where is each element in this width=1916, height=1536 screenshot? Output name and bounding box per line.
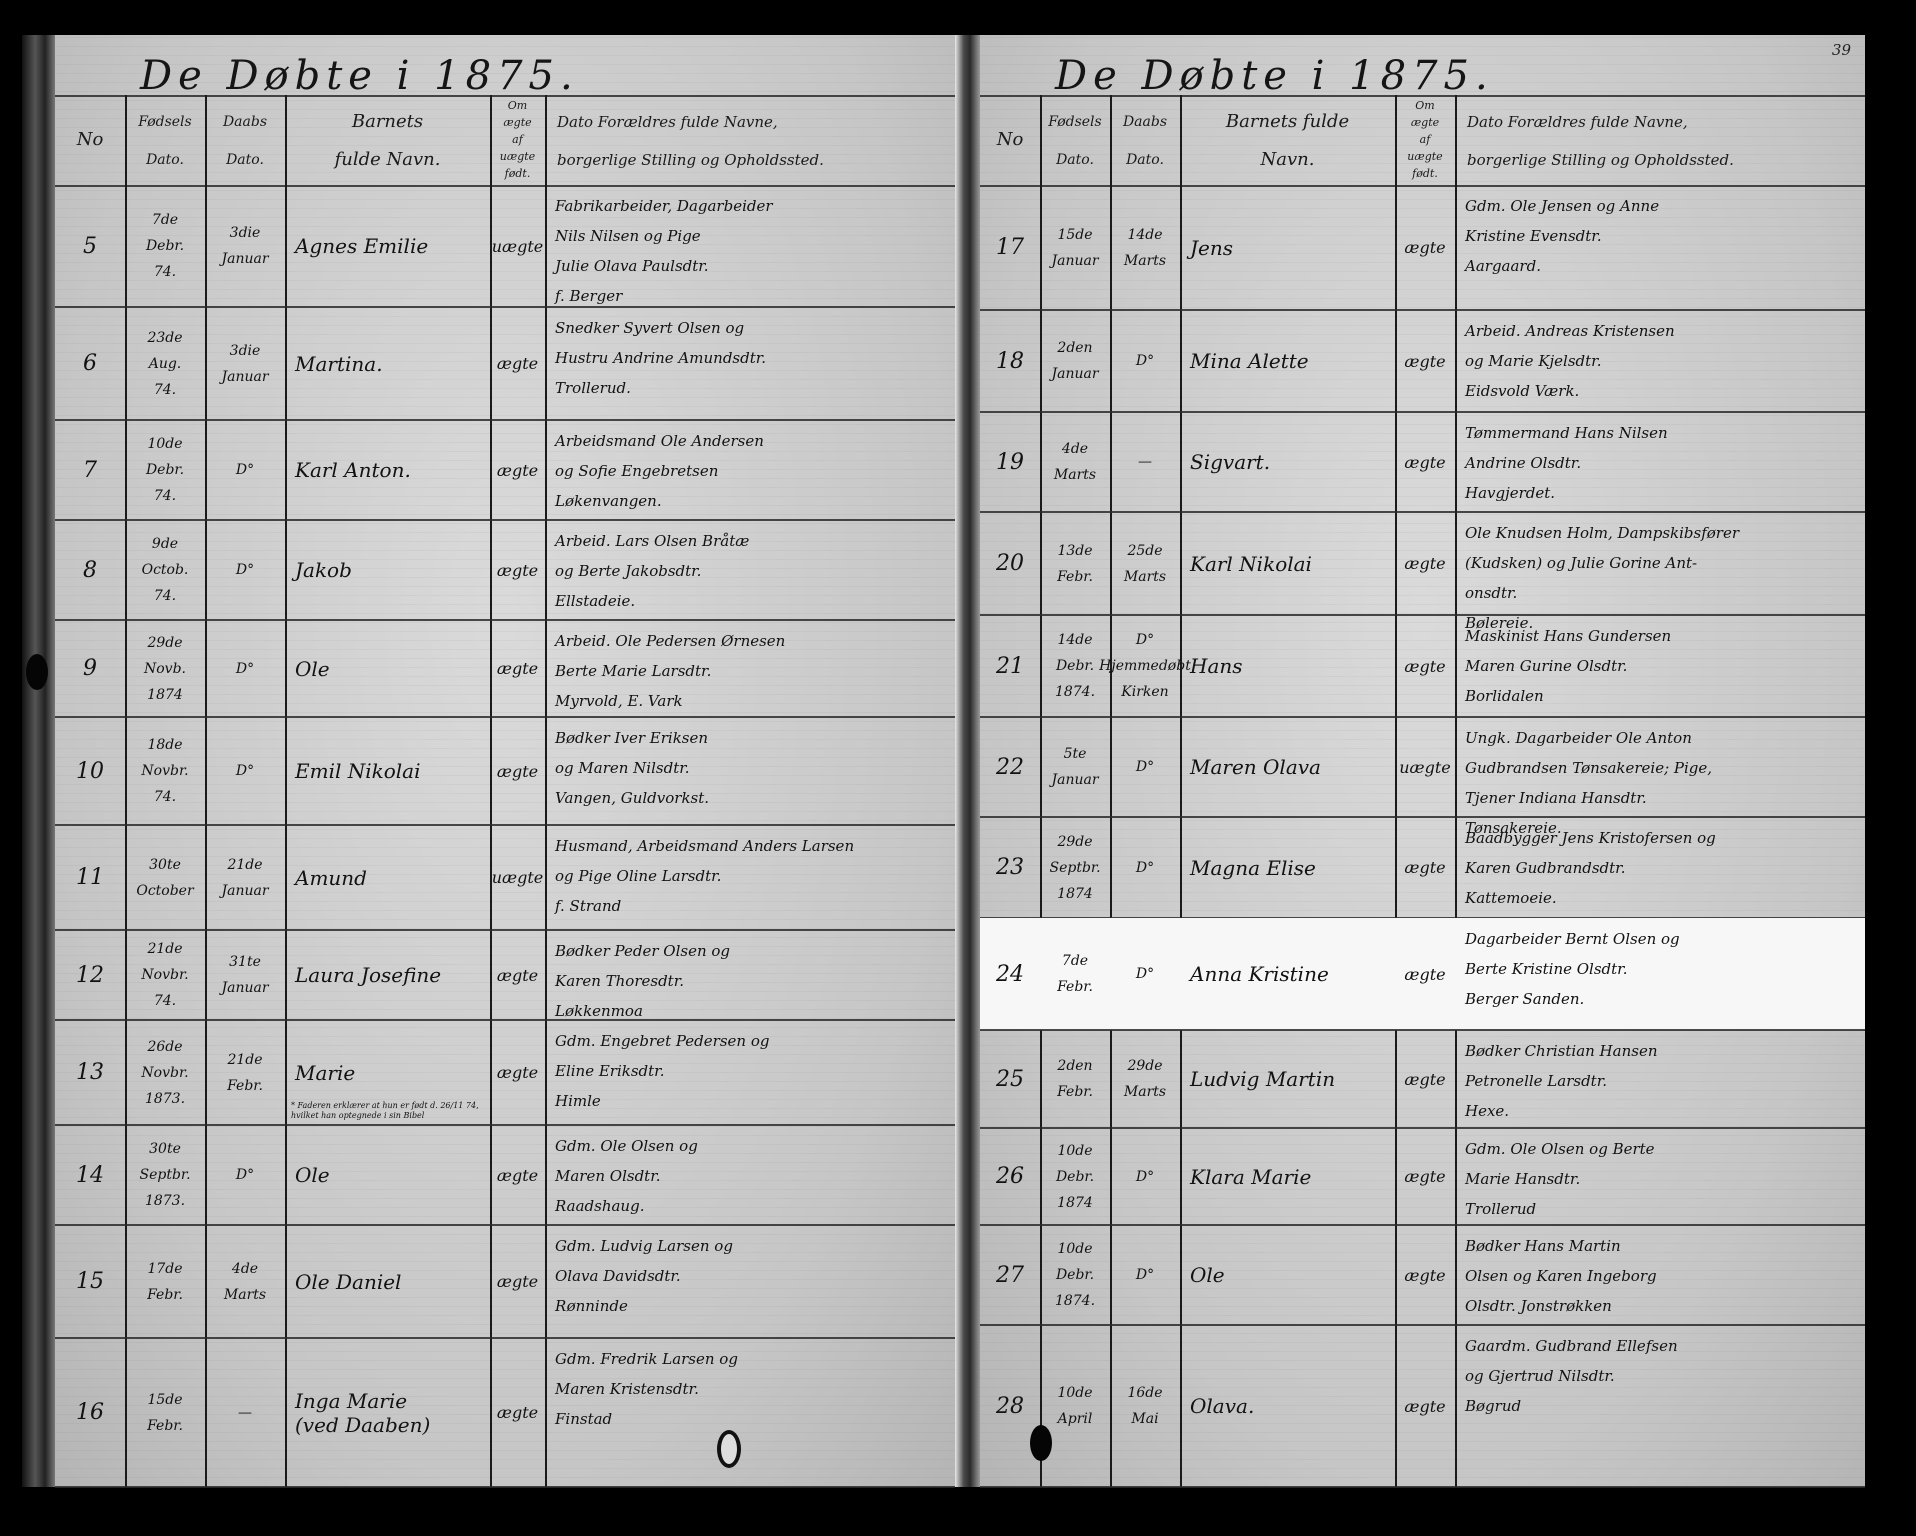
entry-number: 17: [980, 185, 1040, 310]
register-entry[interactable]: 2013de Febr.25de MartsKarl NikolaiægteOl…: [980, 512, 1865, 615]
baptism-date: D°: [1110, 918, 1180, 1030]
child-name: Sigvart.: [1182, 412, 1403, 512]
birth-date: 5te Januar: [1040, 717, 1110, 817]
register-entry[interactable]: 2114de Debr. 1874.D° Hjemmedøbt KirkenHa…: [980, 615, 1865, 717]
birth-date: 7de Debr. 74.: [125, 185, 205, 307]
row-divider: [55, 1486, 955, 1488]
parents-names: Tømmermand Hans Nilsen Andrine Olsdtr. H…: [1457, 412, 1870, 512]
binding-hole-ring: [717, 1430, 741, 1468]
entry-number: 13: [55, 1020, 125, 1125]
baptism-date: 21de Febr.: [205, 1020, 285, 1125]
parents-names: Ole Knudsen Holm, Dampskibsfører (Kudske…: [1457, 512, 1870, 615]
parents-names: Gdm. Ole Olsen og Maren Olsdtr. Raadshau…: [547, 1125, 960, 1225]
baptism-date: 14de Marts: [1110, 185, 1180, 310]
parents-names: Gdm. Engebret Pedersen og Eline Eriksdtr…: [547, 1020, 960, 1125]
register-entry[interactable]: 182den JanuarD°Mina AletteægteArbeid. An…: [980, 310, 1865, 412]
entry-number: 16: [55, 1338, 125, 1487]
child-name: Klara Marie: [1182, 1128, 1403, 1225]
birth-date: 9de Octob. 74.: [125, 520, 205, 620]
entry-number: 23: [980, 817, 1040, 918]
register-entry[interactable]: 2610de Debr. 1874D°Klara MarieægteGdm. O…: [980, 1128, 1865, 1225]
legitimacy-status: ægte: [1395, 512, 1455, 615]
child-name: Maren Olava: [1182, 717, 1403, 817]
legitimacy-status: uægte: [1395, 717, 1455, 817]
register-entry[interactable]: 623de Aug. 74.3die JanuarMartina.ægteSne…: [55, 307, 955, 420]
register-entry[interactable]: 89de Octob. 74.D°JakobægteArbeid. Lars O…: [55, 520, 955, 620]
parents-names: Bødker Christian Hansen Petronelle Larsd…: [1457, 1030, 1870, 1128]
legitimacy-status: ægte: [490, 1225, 545, 1338]
baptism-date: 31te Januar: [205, 930, 285, 1020]
entry-number: 18: [980, 310, 1040, 412]
register-entry[interactable]: 225te JanuarD°Maren OlavauægteUngk. Daga…: [980, 717, 1865, 817]
entry-number: 27: [980, 1225, 1040, 1325]
header-no: No: [55, 130, 125, 150]
baptism-date: D°: [1110, 717, 1180, 817]
legitimacy-status: ægte: [490, 1125, 545, 1225]
entry-number: 10: [55, 717, 125, 825]
page-number: 39: [1832, 41, 1851, 59]
birth-date: 21de Novbr. 74.: [125, 930, 205, 1020]
footnote: * Faderen erklærer at hun er født d. 26/…: [291, 1101, 486, 1121]
child-name: Amund: [287, 825, 498, 930]
header-no: No: [980, 130, 1040, 150]
register-entry[interactable]: 57de Debr. 74.3die JanuarAgnes Emilieuæg…: [55, 185, 955, 307]
book-cover-edge: [22, 35, 55, 1487]
entry-number: 12: [55, 930, 125, 1020]
parents-names: Arbeidsmand Ole Andersen og Sofie Engebr…: [547, 420, 960, 520]
birth-date: 15de Januar: [1040, 185, 1110, 310]
register-entry[interactable]: 1430te Septbr. 1873.D°OleægteGdm. Ole Ol…: [55, 1125, 955, 1225]
legitimacy-status: ægte: [1395, 615, 1455, 717]
parents-names: Maskinist Hans Gundersen Maren Gurine Ol…: [1457, 615, 1870, 717]
birth-date: 13de Febr.: [1040, 512, 1110, 615]
baptism-date: 21de Januar: [205, 825, 285, 930]
entry-number: 9: [55, 620, 125, 717]
parents-names: Gaardm. Gudbrand Ellefsen og Gjertrud Ni…: [1457, 1325, 1870, 1487]
birth-date: 10de Debr. 74.: [125, 420, 205, 520]
legitimacy-status: ægte: [490, 307, 545, 420]
child-name: Ole: [287, 1125, 498, 1225]
entry-number: 26: [980, 1128, 1040, 1225]
header-baptism-date: Daabs Dato.: [205, 103, 285, 179]
baptism-date: D°: [205, 1125, 285, 1225]
child-name: Agnes Emilie: [287, 185, 498, 307]
register-entry[interactable]: 1130te October21de JanuarAmunduægteHusma…: [55, 825, 955, 930]
parents-names: Gdm. Ludvig Larsen og Olava Davidsdtr. R…: [547, 1225, 960, 1338]
entry-number: 24: [980, 918, 1040, 1030]
baptism-date: D°: [1110, 1128, 1180, 1225]
baptism-date: 29de Marts: [1110, 1030, 1180, 1128]
entry-number: 22: [980, 717, 1040, 817]
child-name: Hans: [1182, 615, 1403, 717]
birth-date: 17de Febr.: [125, 1225, 205, 1338]
baptism-date: D°: [1110, 1225, 1180, 1325]
baptism-date: D°: [205, 620, 285, 717]
register-entry[interactable]: 929de Novb. 1874D°OleægteArbeid. Ole Ped…: [55, 620, 955, 717]
legitimacy-status: ægte: [1395, 918, 1455, 1030]
baptism-date: D°: [205, 420, 285, 520]
register-entry[interactable]: 1221de Novbr. 74.31te JanuarLaura Josefi…: [55, 930, 955, 1020]
child-name: Olava.: [1182, 1325, 1403, 1487]
birth-date: 30te Septbr. 1873.: [125, 1125, 205, 1225]
legitimacy-status: ægte: [490, 1338, 545, 1487]
birth-date: 2den Januar: [1040, 310, 1110, 412]
child-name: Ludvig Martin: [1182, 1030, 1403, 1128]
legitimacy-status: uægte: [490, 825, 545, 930]
parents-names: Arbeid. Ole Pedersen Ørnesen Berte Marie…: [547, 620, 960, 717]
header-birth-date: Fødsels Dato.: [125, 103, 205, 179]
binding-hole: [26, 654, 48, 690]
header-child-name: Barnets fulde Navn.: [1180, 103, 1395, 179]
parents-names: Husmand, Arbeidsmand Anders Larsen og Pi…: [547, 825, 960, 930]
parents-names: Gdm. Ole Jensen og Anne Kristine Evensdt…: [1457, 185, 1870, 310]
parents-names: Bødker Peder Olsen og Karen Thoresdtr. L…: [547, 930, 960, 1020]
parents-names: Bødker Hans Martin Olsen og Karen Ingebo…: [1457, 1225, 1870, 1325]
baptism-date: D°: [205, 717, 285, 825]
page-title: De Døbte i 1875.: [1055, 53, 1494, 99]
register-entry[interactable]: 1615de Febr.—Inga Marie (ved Daaben)ægte…: [55, 1338, 955, 1487]
entry-number: 8: [55, 520, 125, 620]
child-name: Ole Daniel: [287, 1225, 498, 1338]
legitimacy-status: ægte: [1395, 1030, 1455, 1128]
child-name: Laura Josefine: [287, 930, 498, 1020]
legitimacy-status: ægte: [1395, 412, 1455, 512]
register-entry[interactable]: 2710de Debr. 1874.D°OleægteBødker Hans M…: [980, 1225, 1865, 1325]
legitimacy-status: ægte: [1395, 1128, 1455, 1225]
entry-number: 25: [980, 1030, 1040, 1128]
birth-date: 10de Debr. 1874.: [1040, 1225, 1110, 1325]
parents-names: Dagarbeider Bernt Olsen og Berte Kristin…: [1457, 918, 1870, 1030]
entry-number: 28: [980, 1325, 1040, 1487]
legitimacy-status: uægte: [490, 185, 545, 307]
legitimacy-status: ægte: [490, 930, 545, 1020]
entry-number: 5: [55, 185, 125, 307]
baptism-date: 3die Januar: [205, 307, 285, 420]
legitimacy-status: ægte: [490, 717, 545, 825]
register-entry[interactable]: 1018de Novbr. 74.D°Emil NikolaiægteBødke…: [55, 717, 955, 825]
entry-number: 14: [55, 1125, 125, 1225]
register-entry[interactable]: 710de Debr. 74.D°Karl Anton.ægteArbeidsm…: [55, 420, 955, 520]
header-baptism-date: Daabs Dato.: [1110, 103, 1180, 179]
birth-date: 29de Septbr. 1874: [1040, 817, 1110, 918]
header-child-name: Barnets fulde Navn.: [285, 103, 490, 179]
baptism-date: D°: [1110, 310, 1180, 412]
birth-date: 10de April: [1040, 1325, 1110, 1487]
birth-date: 15de Febr.: [125, 1338, 205, 1487]
child-name: Karl Anton.: [287, 420, 498, 520]
child-name: Karl Nikolai: [1182, 512, 1403, 615]
child-name: Emil Nikolai: [287, 717, 498, 825]
birth-date: 10de Debr. 1874: [1040, 1128, 1110, 1225]
left-register-page: De Døbte i 1875. No Fødsels Dato. Daabs …: [55, 35, 955, 1487]
child-name: Martina.: [287, 307, 498, 420]
birth-date: 29de Novb. 1874: [125, 620, 205, 717]
parents-names: Snedker Syvert Olsen og Hustru Andrine A…: [547, 307, 960, 420]
register-entry[interactable]: 2810de April16de MaiOlava.ægteGaardm. Gu…: [980, 1325, 1865, 1487]
birth-date: 30te October: [125, 825, 205, 930]
child-name: Ole: [1182, 1225, 1403, 1325]
entry-number: 6: [55, 307, 125, 420]
baptism-date: D°: [1110, 817, 1180, 918]
parents-names: Gdm. Ole Olsen og Berte Marie Hansdtr. T…: [1457, 1128, 1870, 1225]
header-birth-date: Fødsels Dato.: [1040, 103, 1110, 179]
parents-names: Gdm. Fredrik Larsen og Maren Kristensdtr…: [547, 1338, 960, 1487]
parents-names: Ungk. Dagarbeider Ole Anton Gudbrandsen …: [1457, 717, 1870, 817]
parents-names: Bødker Iver Eriksen og Maren Nilsdtr. Va…: [547, 717, 960, 825]
header-legitimacy: Om ægte af uægte født.: [1395, 97, 1455, 182]
register-entry[interactable]: 2329de Septbr. 1874D°Magna EliseægteBaad…: [980, 817, 1865, 918]
legitimacy-status: ægte: [490, 420, 545, 520]
register-entry-highlighted[interactable]: 247de Febr.D°Anna KristineægteDagarbeide…: [980, 918, 1865, 1030]
child-name: Magna Elise: [1182, 817, 1403, 918]
register-entry[interactable]: 194de Marts—Sigvart.ægteTømmermand Hans …: [980, 412, 1865, 512]
child-name: Mina Alette: [1182, 310, 1403, 412]
legitimacy-status: ægte: [490, 520, 545, 620]
birth-date: 26de Novbr. 1873.: [125, 1020, 205, 1125]
baptism-date: —: [1110, 412, 1180, 512]
entry-number: 20: [980, 512, 1040, 615]
binding-hole: [1030, 1425, 1052, 1461]
birth-date: 23de Aug. 74.: [125, 307, 205, 420]
entry-number: 11: [55, 825, 125, 930]
child-name: Jakob: [287, 520, 498, 620]
register-entry[interactable]: 1517de Febr.4de MartsOle DanielægteGdm. …: [55, 1225, 955, 1338]
page-title: De Døbte i 1875.: [140, 53, 579, 99]
parents-names: Baadbygger Jens Kristofersen og Karen Gu…: [1457, 817, 1870, 918]
legitimacy-status: ægte: [1395, 185, 1455, 310]
birth-date: 7de Febr.: [1040, 918, 1110, 1030]
legitimacy-status: ægte: [1395, 817, 1455, 918]
right-register-page: De Døbte i 1875. 39 No Fødsels Dato. Daa…: [980, 35, 1865, 1487]
baptism-date: 4de Marts: [205, 1225, 285, 1338]
register-entry[interactable]: 1715de Januar14de MartsJensægteGdm. Ole …: [980, 185, 1865, 310]
register-entry[interactable]: 252den Febr.29de MartsLudvig MartinægteB…: [980, 1030, 1865, 1128]
parents-names: Fabrikarbeider, Dagarbeider Nils Nilsen …: [547, 185, 960, 307]
baptism-date: 3die Januar: [205, 185, 285, 307]
legitimacy-status: ægte: [490, 1020, 545, 1125]
legitimacy-status: ægte: [490, 620, 545, 717]
parents-names: Arbeid. Andreas Kristensen og Marie Kjel…: [1457, 310, 1870, 412]
baptism-date: 25de Marts: [1110, 512, 1180, 615]
register-entry[interactable]: 1326de Novbr. 1873.21de Febr.MarieægteGd…: [55, 1020, 955, 1125]
book-binding-gutter: [955, 35, 980, 1487]
entry-number: 21: [980, 615, 1040, 717]
parents-names: Arbeid. Lars Olsen Bråtæ og Berte Jakobs…: [547, 520, 960, 620]
header-parents: Dato Forældres fulde Navne, borgerlige S…: [547, 103, 957, 179]
baptism-date: D° Hjemmedøbt Kirken: [1110, 615, 1180, 717]
child-name: Inga Marie (ved Daaben): [287, 1338, 498, 1487]
birth-date: 18de Novbr. 74.: [125, 717, 205, 825]
entry-number: 15: [55, 1225, 125, 1338]
legitimacy-status: ægte: [1395, 310, 1455, 412]
header-legitimacy: Om ægte af uægte født.: [490, 97, 545, 182]
child-name: Ole: [287, 620, 498, 717]
legitimacy-status: ægte: [1395, 1225, 1455, 1325]
header-parents: Dato Forældres fulde Navne, borgerlige S…: [1457, 103, 1867, 179]
baptism-date: 16de Mai: [1110, 1325, 1180, 1487]
row-divider: [980, 1486, 1865, 1488]
entry-number: 19: [980, 412, 1040, 512]
baptism-date: D°: [205, 520, 285, 620]
legitimacy-status: ægte: [1395, 1325, 1455, 1487]
child-name: Anna Kristine: [1182, 918, 1403, 1030]
birth-date: 4de Marts: [1040, 412, 1110, 512]
baptism-date: —: [205, 1338, 285, 1487]
birth-date: 2den Febr.: [1040, 1030, 1110, 1128]
child-name: Jens: [1182, 185, 1403, 310]
entry-number: 7: [55, 420, 125, 520]
